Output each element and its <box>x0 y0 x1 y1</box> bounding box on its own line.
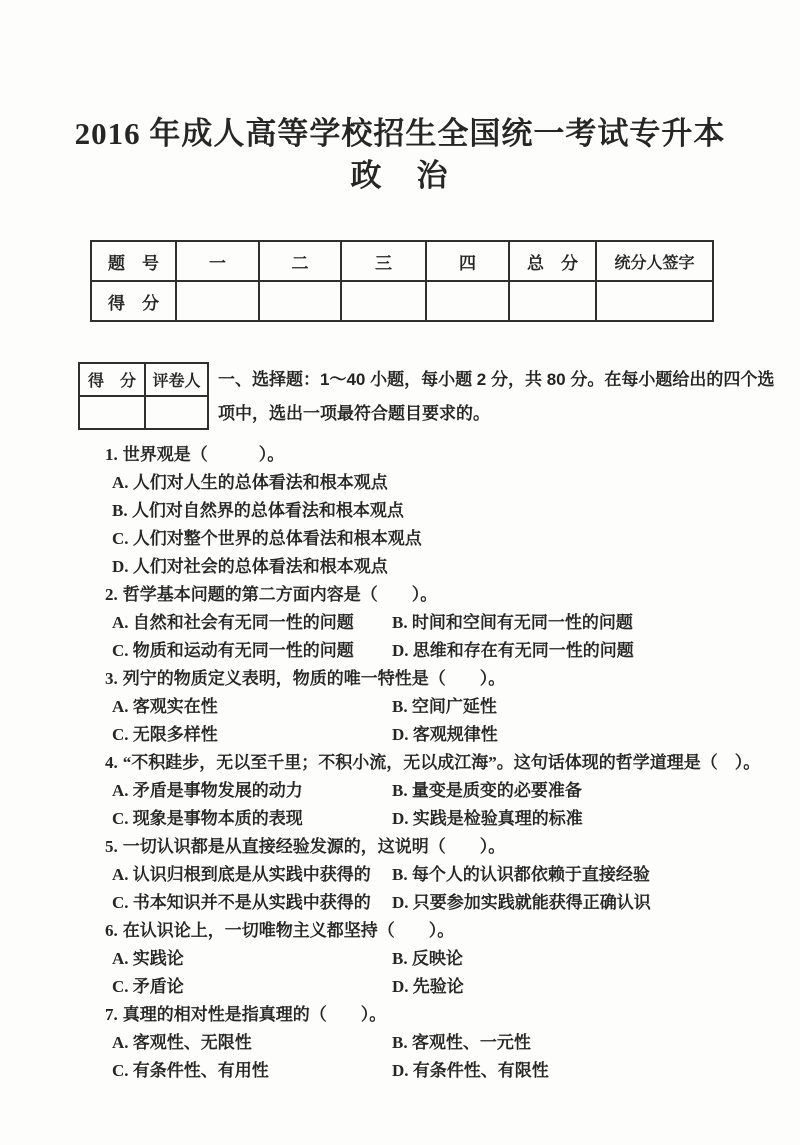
question-4-number: 4. <box>105 753 118 772</box>
question-2-options-row-1: A. 自然和社会有无同一性的问题B. 时间和空间有无同一性的问题 <box>105 609 800 637</box>
question-5: 5.一切认识都是从直接经验发源的，这说明（ ）。 A. 认识归根到底是从实践中获… <box>105 833 800 917</box>
score-table-header-question-no: 题 号 <box>91 241 176 281</box>
question-3-number: 3. <box>105 669 118 688</box>
question-5-option-d: D. 只要参加实践就能获得正确认识 <box>385 893 651 912</box>
question-2-number: 2. <box>105 585 118 604</box>
question-6-option-d: D. 先验论 <box>385 977 464 996</box>
question-2: 2.哲学基本问题的第二方面内容是（ ）。 A. 自然和社会有无同一性的问题B. … <box>105 581 800 665</box>
score-table-header-section-1: 一 <box>176 241 259 281</box>
question-4-option-b: B. 量变是质变的必要准备 <box>385 781 582 800</box>
question-6-option-a: A. 实践论 <box>105 945 385 973</box>
question-5-stem: 一切认识都是从直接经验发源的，这说明（ ）。 <box>123 837 506 856</box>
question-3-option-c: C. 无限多样性 <box>105 721 385 749</box>
question-3: 3.列宁的物质定义表明，物质的唯一特性是（ ）。 A. 客观实在性B. 空间广延… <box>105 665 800 749</box>
score-table-header-section-3: 三 <box>341 241 426 281</box>
grader-box-examiner-label: 评卷人 <box>145 363 208 396</box>
score-cell-empty <box>426 281 509 321</box>
question-2-stem-line: 2.哲学基本问题的第二方面内容是（ ）。 <box>105 581 800 609</box>
question-4-option-a: A. 矛盾是事物发展的动力 <box>105 777 385 805</box>
score-table-score-row: 得 分 <box>91 281 713 321</box>
question-6-number: 6. <box>105 921 118 940</box>
score-cell-empty <box>509 281 596 321</box>
question-1-option-d: D. 人们对社会的总体看法和根本观点 <box>105 553 800 581</box>
score-cell-empty <box>341 281 426 321</box>
section-one-instruction-line1: 一、选择题：1～40 小题，每小题 2 分，共 80 分。在每小题给出的四个选 <box>218 363 774 397</box>
question-7: 7.真理的相对性是指真理的（ ）。 A. 客观性、无限性B. 客观性、一元性 C… <box>105 1001 800 1085</box>
grader-box-score-label: 得 分 <box>79 363 145 396</box>
score-row-label: 得 分 <box>91 281 176 321</box>
question-5-option-a: A. 认识归根到底是从实践中获得的 <box>105 861 385 889</box>
exam-subject: 政 治 <box>0 158 800 194</box>
question-7-option-c: C. 有条件性、有用性 <box>105 1057 385 1085</box>
question-2-option-a: A. 自然和社会有无同一性的问题 <box>105 609 385 637</box>
question-3-option-d: D. 客观规律性 <box>385 725 498 744</box>
question-5-option-b: B. 每个人的认识都依赖于直接经验 <box>385 865 650 884</box>
question-7-option-d: D. 有条件性、有限性 <box>385 1061 549 1080</box>
question-4-stem: “不积跬步，无以至千里；不积小流，无以成江海”。这句话体现的哲学道理是（ ）。 <box>123 753 761 772</box>
score-table-header-row: 题 号 一 二 三 四 总 分 统分人签字 <box>91 241 713 281</box>
question-4-stem-line: 4.“不积跬步，无以至千里；不积小流，无以成江海”。这句话体现的哲学道理是（ ）… <box>105 749 800 777</box>
question-6: 6.在认识论上，一切唯物主义都坚持（ ）。 A. 实践论B. 反映论 C. 矛盾… <box>105 917 800 1001</box>
question-5-options-row-1: A. 认识归根到底是从实践中获得的B. 每个人的认识都依赖于直接经验 <box>105 861 800 889</box>
exam-paper: 2016 年成人高等学校招生全国统一考试专升本 政 治 题 号 一 二 三 四 … <box>0 0 800 1145</box>
score-cell-empty <box>259 281 341 321</box>
score-table-header-section-2: 二 <box>259 241 341 281</box>
question-6-stem-line: 6.在认识论上，一切唯物主义都坚持（ ）。 <box>105 917 800 945</box>
question-3-option-a: A. 客观实在性 <box>105 693 385 721</box>
question-6-options-row-2: C. 矛盾论D. 先验论 <box>105 973 800 1001</box>
grader-box-header-row: 得 分 评卷人 <box>79 363 208 396</box>
question-1-stem-line: 1.世界观是（ ）。 <box>105 441 800 469</box>
question-6-option-b: B. 反映论 <box>385 949 463 968</box>
question-6-stem: 在认识论上，一切唯物主义都坚持（ ）。 <box>123 921 455 940</box>
score-table-header-total: 总 分 <box>509 241 596 281</box>
question-7-stem: 真理的相对性是指真理的（ ）。 <box>123 1005 387 1024</box>
section-one-header: 得 分 评卷人 一、选择题：1～40 小题，每小题 2 分，共 80 分。在每小… <box>78 362 800 431</box>
question-4-options-row-1: A. 矛盾是事物发展的动力B. 量变是质变的必要准备 <box>105 777 800 805</box>
question-2-options-row-2: C. 物质和运动有无同一性的问题D. 思维和存在有无同一性的问题 <box>105 637 800 665</box>
question-1: 1.世界观是（ ）。 A. 人们对人生的总体看法和根本观点 B. 人们对自然界的… <box>105 441 800 581</box>
question-2-option-d: D. 思维和存在有无同一性的问题 <box>385 641 634 660</box>
question-5-options-row-2: C. 书本知识并不是从实践中获得的D. 只要参加实践就能获得正确认识 <box>105 889 800 917</box>
question-2-stem: 哲学基本问题的第二方面内容是（ ）。 <box>123 585 438 604</box>
question-3-options-row-2: C. 无限多样性D. 客观规律性 <box>105 721 800 749</box>
question-4-options-row-2: C. 现象是事物本质的表现D. 实践是检验真理的标准 <box>105 805 800 833</box>
question-2-option-b: B. 时间和空间有无同一性的问题 <box>385 613 633 632</box>
grader-box-examiner-cell-empty <box>145 396 208 429</box>
question-list: 1.世界观是（ ）。 A. 人们对人生的总体看法和根本观点 B. 人们对自然界的… <box>105 441 800 1085</box>
question-1-stem: 世界观是（ ）。 <box>123 445 285 464</box>
question-4-option-d: D. 实践是检验真理的标准 <box>385 809 583 828</box>
question-6-options-row-1: A. 实践论B. 反映论 <box>105 945 800 973</box>
question-7-number: 7. <box>105 1005 118 1024</box>
section-one-instruction: 一、选择题：1～40 小题，每小题 2 分，共 80 分。在每小题给出的四个选 … <box>218 362 774 431</box>
question-4: 4.“不积跬步，无以至千里；不积小流，无以成江海”。这句话体现的哲学道理是（ ）… <box>105 749 800 833</box>
question-4-option-c: C. 现象是事物本质的表现 <box>105 805 385 833</box>
question-3-stem-line: 3.列宁的物质定义表明，物质的唯一特性是（ ）。 <box>105 665 800 693</box>
score-summary-table: 题 号 一 二 三 四 总 分 统分人签字 得 分 <box>90 240 714 322</box>
question-1-option-a: A. 人们对人生的总体看法和根本观点 <box>105 469 800 497</box>
question-3-stem: 列宁的物质定义表明，物质的唯一特性是（ ）。 <box>123 669 506 688</box>
grader-box-score-cell-empty <box>79 396 145 429</box>
score-table-header-signature: 统分人签字 <box>596 241 713 281</box>
grader-box-empty-row <box>79 396 208 429</box>
question-1-number: 1. <box>105 445 118 464</box>
question-7-options-row-1: A. 客观性、无限性B. 客观性、一元性 <box>105 1029 800 1057</box>
question-5-number: 5. <box>105 837 118 856</box>
question-6-option-c: C. 矛盾论 <box>105 973 385 1001</box>
question-7-options-row-2: C. 有条件性、有用性D. 有条件性、有限性 <box>105 1057 800 1085</box>
question-7-stem-line: 7.真理的相对性是指真理的（ ）。 <box>105 1001 800 1029</box>
question-3-option-b: B. 空间广延性 <box>385 697 497 716</box>
grader-score-box: 得 分 评卷人 <box>78 362 209 430</box>
question-1-option-c: C. 人们对整个世界的总体看法和根本观点 <box>105 525 800 553</box>
question-7-option-a: A. 客观性、无限性 <box>105 1029 385 1057</box>
exam-title: 2016 年成人高等学校招生全国统一考试专升本 <box>0 0 800 152</box>
question-5-option-c: C. 书本知识并不是从实践中获得的 <box>105 889 385 917</box>
question-3-options-row-1: A. 客观实在性B. 空间广延性 <box>105 693 800 721</box>
question-2-option-c: C. 物质和运动有无同一性的问题 <box>105 637 385 665</box>
score-table-header-section-4: 四 <box>426 241 509 281</box>
score-cell-empty <box>176 281 259 321</box>
question-1-option-b: B. 人们对自然界的总体看法和根本观点 <box>105 497 800 525</box>
score-cell-empty <box>596 281 713 321</box>
question-5-stem-line: 5.一切认识都是从直接经验发源的，这说明（ ）。 <box>105 833 800 861</box>
section-one-instruction-line2: 项中，选出一项最符合题目要求的。 <box>218 397 774 431</box>
question-7-option-b: B. 客观性、一元性 <box>385 1033 531 1052</box>
